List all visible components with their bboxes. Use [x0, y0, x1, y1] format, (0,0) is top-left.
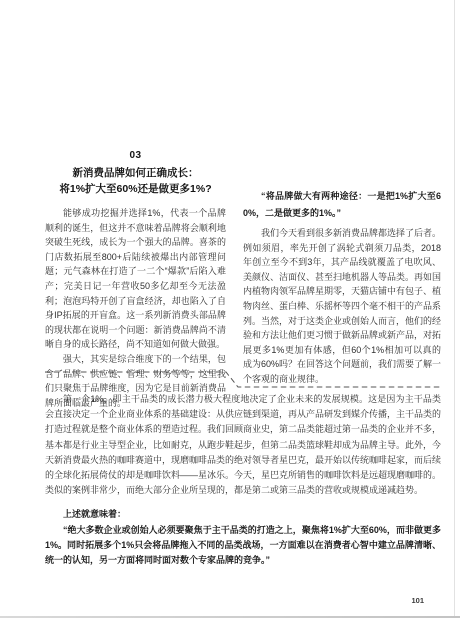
bottom-quote: “绝大多数企业或创始人必须要聚焦于主干品类的打造之上，聚焦将1%扩大至60%，而… — [45, 523, 441, 569]
page-number: 101 — [411, 596, 424, 605]
title-line-2: 将1%扩大至60%还是做更多1%? — [59, 183, 211, 195]
page-title: 新消费品牌如何正确成长： 将1%扩大至60%还是做更多1%? — [45, 165, 226, 197]
section-number: 03 — [45, 150, 226, 161]
lead-in-line: 上述就意味着： — [45, 507, 441, 522]
right-column-quote: “将品牌做大有两种途径：一是把1%扩大至60%，二是做更多的1%。” — [243, 188, 441, 222]
right-column: “将品牌做大有两种途径：一是把1%扩大至60%，二是做更多的1%。” 我们今天看… — [243, 188, 441, 387]
left-paragraph-1: 能够成功挖掘并选择1%，代表一个品牌顺利的诞生，但这并不意味着品牌将会顺利地突破… — [45, 206, 226, 352]
bottom-section: 第一个1%，即主干品类的成长潜力极大程度地决定了企业未来的发展规模。这是因为主干… — [45, 392, 441, 568]
bottom-paragraph: 第一个1%，即主干品类的成长潜力极大程度地决定了企业未来的发展规模。这是因为主干… — [45, 392, 441, 498]
zigzag-dashed-divider — [0, 362, 460, 394]
page-edge-bottom — [0, 616, 460, 618]
document-page: 03 新消费品牌如何正确成长： 将1%扩大至60%还是做更多1%? 能够成功挖掘… — [0, 0, 460, 624]
page-edge-right — [454, 0, 455, 617]
title-line-1: 新消费品牌如何正确成长： — [73, 167, 199, 179]
